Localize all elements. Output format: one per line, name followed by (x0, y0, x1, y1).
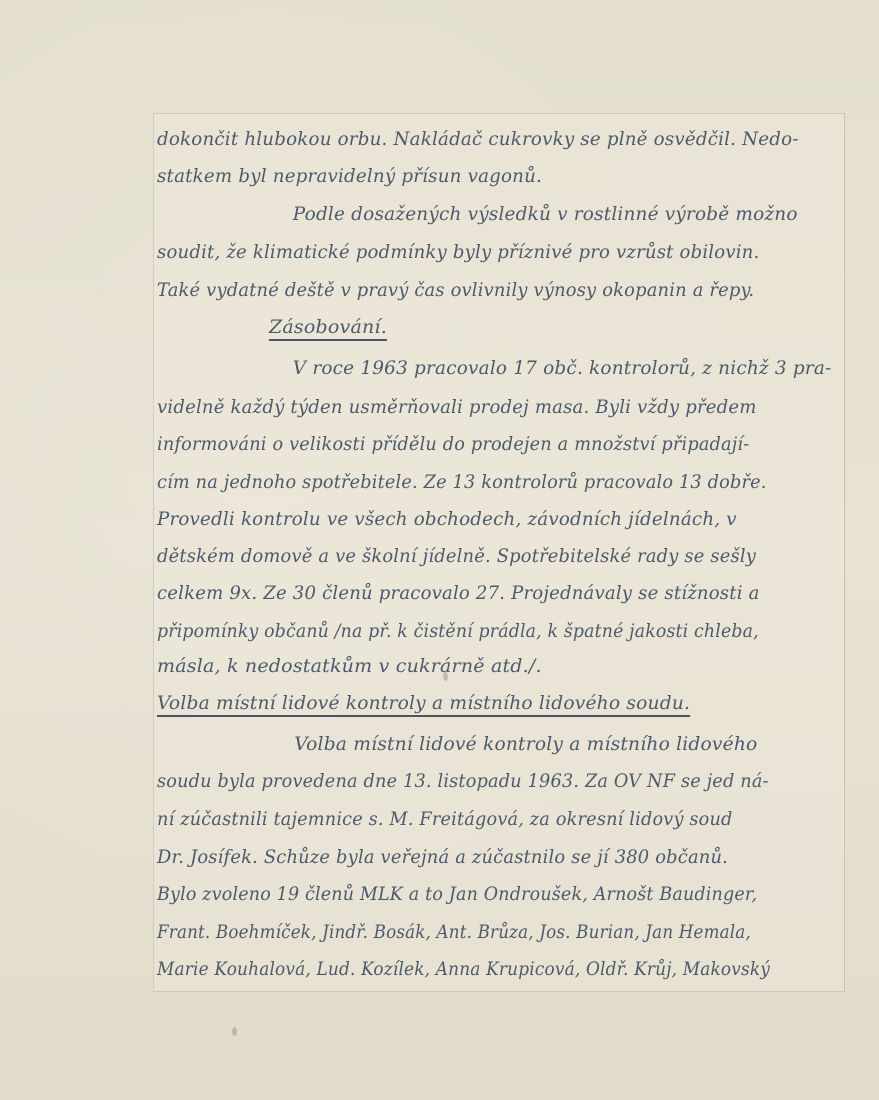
paragraph-start-line: Volba místní lidové kontroly a místního … (157, 733, 757, 755)
text-line: soudu byla provedena dne 13. listopadu 1… (157, 770, 769, 792)
handwritten-text: dokončit hlubokou orbu. Nakládač cukrovk… (157, 0, 847, 1100)
section-heading-zasobovani: Zásobování. (269, 316, 387, 338)
text-line: celkem 9x. Ze 30 členů pracovalo 27. Pro… (157, 582, 760, 604)
text-line: Také vydatné deště v pravý čas ovlivnily… (157, 279, 754, 301)
text-line: statkem byl nepravidelný přísun vagonů. (157, 165, 542, 187)
text-line: másla, k nedostatkům v cukrárně atd./. (157, 655, 542, 677)
text-line: připomínky občanů /na př. k čistění prád… (157, 620, 759, 642)
section-heading-volba: Volba místní lidové kontroly a místního … (157, 692, 690, 714)
text-line: dokončit hlubokou orbu. Nakládač cukrovk… (157, 128, 799, 150)
text-line: Bylo zvoleno 19 členů MLK a to Jan Ondro… (157, 883, 757, 905)
text-line: Provedli kontrolu ve všech obchodech, zá… (157, 508, 737, 530)
text-line: Frant. Boehmíček, Jindř. Bosák, Ant. Brů… (157, 921, 751, 943)
text-line: informováni o velikosti přídělu do prode… (157, 433, 749, 455)
text-line: dětském domově a ve školní jídelně. Spot… (157, 545, 756, 567)
paragraph-start-line: V roce 1963 pracovalo 17 obč. kontrolorů… (157, 357, 831, 379)
text-line: Marie Kouhalová, Lud. Kozílek, Anna Krup… (157, 958, 770, 980)
text-line: Dr. Josífek. Schůze byla veřejná a zúčas… (157, 846, 728, 868)
text-line: videlně každý týden usměrňovali prodej m… (157, 396, 757, 418)
paragraph-start-line: Podle dosažených výsledků v rostlinné vý… (157, 203, 798, 225)
text-line: soudit, že klimatické podmínky byly příz… (157, 241, 759, 263)
text-line: cím na jednoho spotřebitele. Ze 13 kontr… (157, 471, 767, 493)
text-line: ní zúčastnili tajemnice s. M. Freitágová… (157, 808, 733, 830)
